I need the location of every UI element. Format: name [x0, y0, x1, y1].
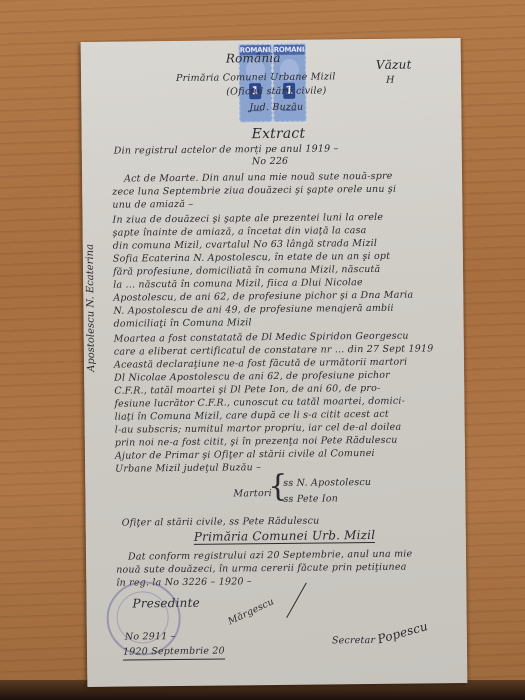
act-number: No 226: [252, 156, 289, 168]
issuer-heading: Primăria Comunei Urb. Mizil: [194, 529, 376, 545]
officer-line: Ofiţer al stării civile, ss Pete Rădules…: [122, 516, 320, 530]
seen-annotation: Văzut: [376, 59, 412, 71]
conformity-line: nouă sute douăzeci, în urma cererii făcu…: [116, 562, 407, 577]
document-title: Extract: [252, 128, 306, 141]
body-line: zece luna Septembrie ziua douăzeci şi şa…: [112, 184, 396, 199]
body-line: domiciliaţi în Comuna Mizil: [114, 317, 252, 330]
register-subtitle: Din registrul actelor de morți pe anul 1…: [114, 143, 339, 157]
signature-stroke: [286, 583, 307, 618]
secretary-label: Secretar: [332, 635, 375, 647]
witness-name: ss Pete Ion: [283, 493, 338, 506]
footer-number: No 2911 –: [125, 631, 176, 644]
body-line: N. Apostolescu de ani 49, de profesiune …: [113, 303, 393, 318]
body-line: Ajutor de Primar şi Ofiţer al stării civ…: [115, 448, 375, 463]
document-page: ROMANIA 1 ROMANIA 1 România Primăria Com…: [81, 38, 468, 687]
secretary-signature: Popescu: [376, 620, 429, 645]
official-seal-icon: [106, 581, 181, 656]
president-signature: Mărgescu: [226, 596, 276, 628]
witness-name: ss N. Apostolescu: [283, 477, 371, 490]
header-institution: Primăria Comunei Urbane Mizil: [176, 71, 336, 85]
body-line: Urbane Mizil judeţul Buzău –: [115, 462, 261, 476]
seen-initial: H: [386, 75, 395, 87]
header-county: Jud. Buzău: [249, 102, 303, 115]
body-line: unu de amiază –: [112, 199, 193, 212]
header-office: (Oficiul stării civile): [226, 85, 326, 98]
margin-note: Apostolescu N. Ecaterina: [85, 244, 97, 372]
president-label: Presedinte: [132, 597, 199, 610]
footer-date: 1920 Septembrie 20: [123, 646, 225, 661]
witnesses-label: Martori: [233, 488, 272, 500]
header-country: România: [226, 52, 281, 65]
